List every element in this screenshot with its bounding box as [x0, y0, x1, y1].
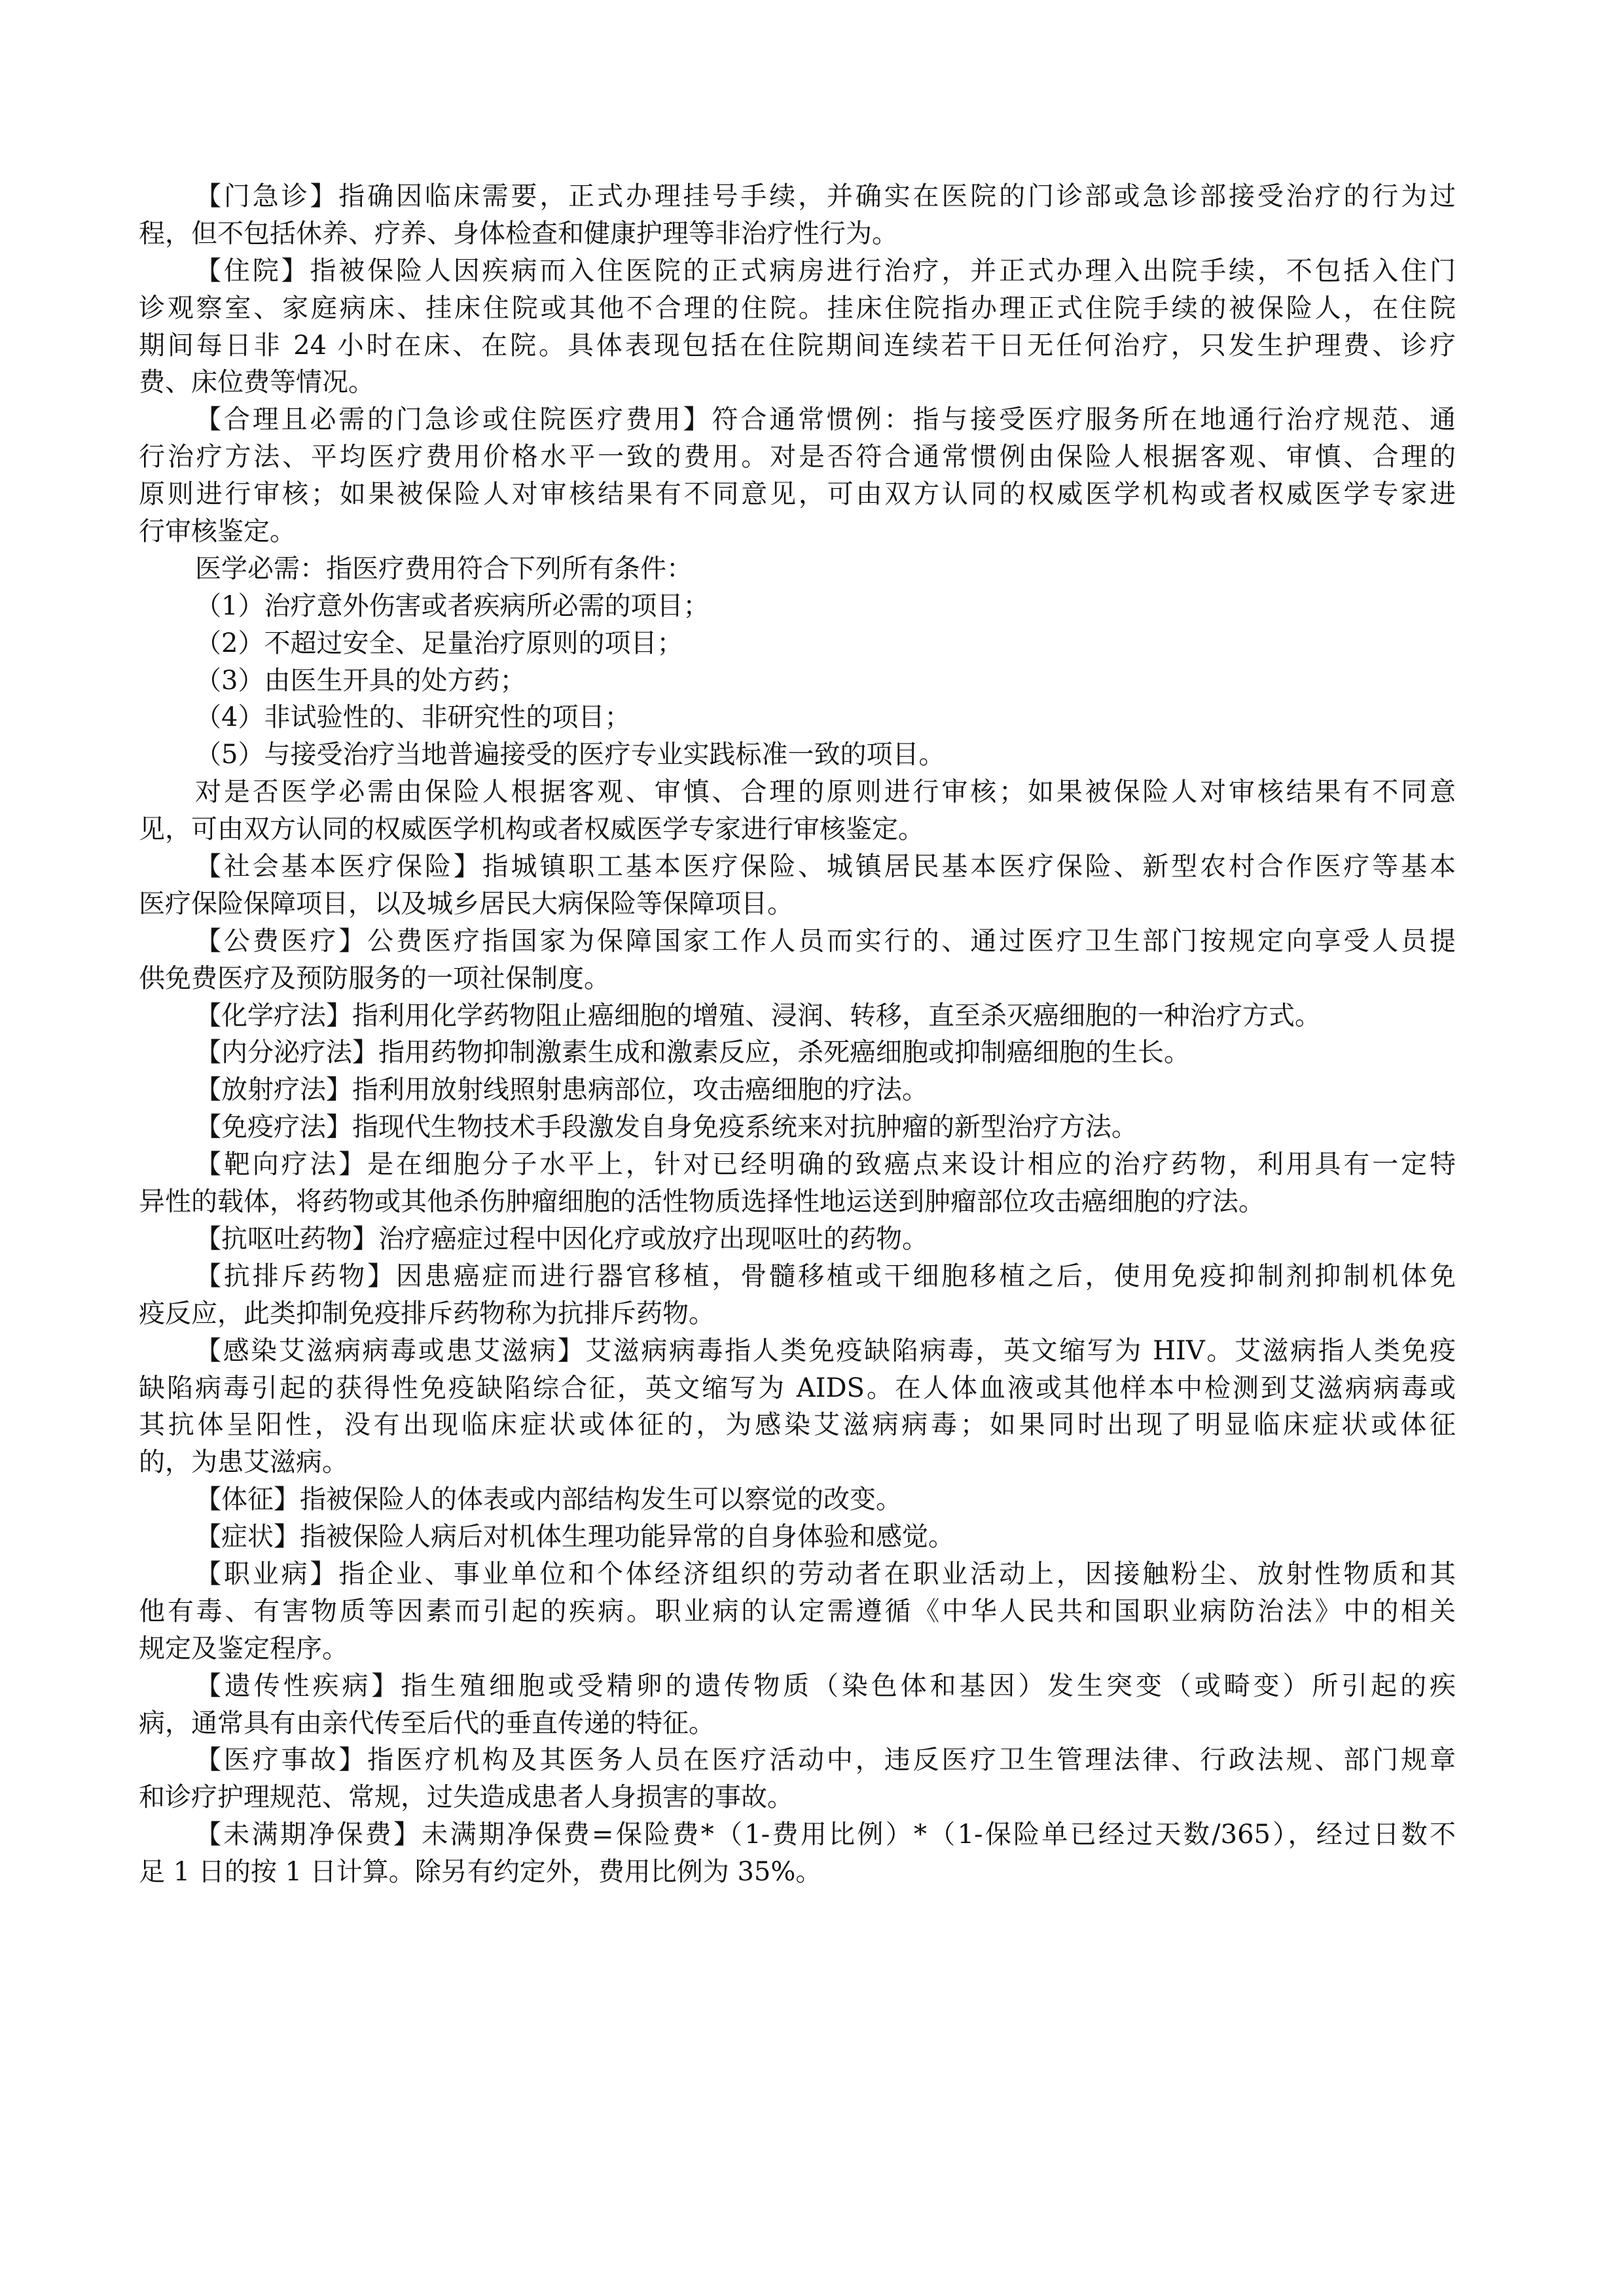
paragraph-line: 异性的载体，将药物或其他杀伤肿瘤细胞的活性物质选择性地运送到肿瘤部位攻击癌细胞的… — [139, 1183, 1456, 1221]
definition-paragraph: （5）与接受治疗当地普遍接受的医疗专业实践标准一致的项目。 — [139, 736, 1456, 774]
definition-paragraph: 【住院】指被保险人因疾病而入住医院的正式病房进行治疗，并正式办理入出院手续，不包… — [139, 253, 1456, 402]
paragraph-line: 病，通常具有由亲代传至后代的垂直传递的特征。 — [139, 1705, 1456, 1742]
definition-paragraph: （2）不超过安全、足量治疗原则的项目； — [139, 625, 1456, 662]
paragraph-line: 规定及鉴定程序。 — [139, 1630, 1456, 1668]
definition-paragraph: 医学必需：指医疗费用符合下列所有条件： — [139, 550, 1456, 588]
paragraph-first-line: 【抗呕吐药物】治疗癌症过程中因化疗或放疗出现呕吐的药物。 — [139, 1221, 1456, 1258]
paragraph-first-line: （3）由医生开具的处方药； — [139, 662, 1456, 700]
paragraph-line: 期间每日非 24 小时在床、在院。具体表现包括在住院期间连续若干日无任何治疗，只… — [139, 327, 1456, 365]
paragraph-first-line: 【症状】指被保险人病后对机体生理功能异常的自身体验和感觉。 — [139, 1518, 1456, 1556]
paragraph-first-line: 【靶向疗法】是在细胞分子水平上，针对已经明确的致癌点来设计相应的治疗药物，利用具… — [139, 1146, 1456, 1183]
paragraph-line: 缺陷病毒引起的获得性免疫缺陷综合征，英文缩写为 AIDS。在人体血液或其他样本中… — [139, 1370, 1456, 1407]
paragraph-line: 他有毒、有害物质等因素而引起的疾病。职业病的认定需遵循《中华人民共和国职业病防治… — [139, 1593, 1456, 1630]
definition-paragraph: 【门急诊】指确因临床需要，正式办理挂号手续，并确实在医院的门诊部或急诊部接受治疗… — [139, 178, 1456, 253]
definition-paragraph: （4）非试验性的、非研究性的项目； — [139, 699, 1456, 736]
paragraph-first-line: 【公费医疗】公费医疗指国家为保障国家工作人员而实行的、通过医疗卫生部门按规定向享… — [139, 923, 1456, 960]
definition-paragraph: 【抗排斥药物】因患癌症而进行器官移植，骨髓移植或干细胞移植之后，使用免疫抑制剂抑… — [139, 1258, 1456, 1333]
definition-paragraph: 【抗呕吐药物】治疗癌症过程中因化疗或放疗出现呕吐的药物。 — [139, 1221, 1456, 1258]
paragraph-line: 其抗体呈阳性，没有出现临床症状或体征的，为感染艾滋病病毒；如果同时出现了明显临床… — [139, 1407, 1456, 1444]
definition-paragraph: 【社会基本医疗保险】指城镇职工基本医疗保险、城镇居民基本医疗保险、新型农村合作医… — [139, 848, 1456, 923]
definition-paragraph: 【未满期净保费】未满期净保费=保险费*（1-费用比例）*（1-保险单已经过天数/… — [139, 1816, 1456, 1891]
definition-paragraph: 【医疗事故】指医疗机构及其医务人员在医疗活动中，违反医疗卫生管理法律、行政法规、… — [139, 1742, 1456, 1816]
paragraph-first-line: 【抗排斥药物】因患癌症而进行器官移植，骨髓移植或干细胞移植之后，使用免疫抑制剂抑… — [139, 1258, 1456, 1295]
paragraph-first-line: 【医疗事故】指医疗机构及其医务人员在医疗活动中，违反医疗卫生管理法律、行政法规、… — [139, 1742, 1456, 1779]
definition-paragraph: （3）由医生开具的处方药； — [139, 662, 1456, 700]
paragraph-line: 诊观察室、家庭病床、挂床住院或其他不合理的住院。挂床住院指办理正式住院手续的被保… — [139, 290, 1456, 327]
definition-paragraph: 【内分泌疗法】指用药物抑制激素生成和激素反应，杀死癌细胞或抑制癌细胞的生长。 — [139, 1034, 1456, 1071]
definition-paragraph: 【靶向疗法】是在细胞分子水平上，针对已经明确的致癌点来设计相应的治疗药物，利用具… — [139, 1146, 1456, 1221]
paragraph-first-line: （5）与接受治疗当地普遍接受的医疗专业实践标准一致的项目。 — [139, 736, 1456, 774]
definition-paragraph: 【公费医疗】公费医疗指国家为保障国家工作人员而实行的、通过医疗卫生部门按规定向享… — [139, 923, 1456, 997]
paragraph-first-line: 【合理且必需的门急诊或住院医疗费用】符合通常惯例：指与接受医疗服务所在地通行治疗… — [139, 401, 1456, 439]
paragraph-line: 见，可由双方认同的权威医学机构或者权威医学专家进行审核鉴定。 — [139, 811, 1456, 848]
definition-paragraph: 【职业病】指企业、事业单位和个体经济组织的劳动者在职业活动上，因接触粉尘、放射性… — [139, 1556, 1456, 1668]
paragraph-line: 医疗保险保障项目，以及城乡居民大病保险等保障项目。 — [139, 886, 1456, 923]
paragraph-line: 和诊疗护理规范、常规，过失造成患者人身损害的事故。 — [139, 1779, 1456, 1816]
paragraph-first-line: 【感染艾滋病病毒或患艾滋病】艾滋病病毒指人类免疫缺陷病毒，英文缩写为 HIV。艾… — [139, 1333, 1456, 1370]
paragraph-first-line: 【体征】指被保险人的体表或内部结构发生可以察觉的改变。 — [139, 1481, 1456, 1518]
definition-paragraph: 【合理且必需的门急诊或住院医疗费用】符合通常惯例：指与接受医疗服务所在地通行治疗… — [139, 401, 1456, 550]
paragraph-first-line: 【门急诊】指确因临床需要，正式办理挂号手续，并确实在医院的门诊部或急诊部接受治疗… — [139, 178, 1456, 215]
paragraph-first-line: 【化学疗法】指利用化学药物阻止癌细胞的增殖、浸润、转移，直至杀灭癌细胞的一种治疗… — [139, 997, 1456, 1035]
paragraph-first-line: 医学必需：指医疗费用符合下列所有条件： — [139, 550, 1456, 588]
paragraph-first-line: 【遗传性疾病】指生殖细胞或受精卵的遗传物质（染色体和基因）发生突变（或畸变）所引… — [139, 1668, 1456, 1705]
paragraph-line: 供免费医疗及预防服务的一项社保制度。 — [139, 960, 1456, 997]
definition-paragraph: 【化学疗法】指利用化学药物阻止癌细胞的增殖、浸润、转移，直至杀灭癌细胞的一种治疗… — [139, 997, 1456, 1035]
paragraph-first-line: 【放射疗法】指利用放射线照射患病部位，攻击癌细胞的疗法。 — [139, 1071, 1456, 1109]
paragraph-first-line: （1）治疗意外伤害或者疾病所必需的项目； — [139, 588, 1456, 625]
paragraph-first-line: 【免疫疗法】指现代生物技术手段激发自身免疫系统来对抗肿瘤的新型治疗方法。 — [139, 1109, 1456, 1146]
definition-paragraph: 【放射疗法】指利用放射线照射患病部位，攻击癌细胞的疗法。 — [139, 1071, 1456, 1109]
definition-paragraph: 【免疫疗法】指现代生物技术手段激发自身免疫系统来对抗肿瘤的新型治疗方法。 — [139, 1109, 1456, 1146]
paragraph-first-line: 【未满期净保费】未满期净保费=保险费*（1-费用比例）*（1-保险单已经过天数/… — [139, 1816, 1456, 1854]
definition-paragraph: 【遗传性疾病】指生殖细胞或受精卵的遗传物质（染色体和基因）发生突变（或畸变）所引… — [139, 1668, 1456, 1742]
document-page: 【门急诊】指确因临床需要，正式办理挂号手续，并确实在医院的门诊部或急诊部接受治疗… — [139, 178, 1456, 1891]
definition-paragraph: （1）治疗意外伤害或者疾病所必需的项目； — [139, 588, 1456, 625]
paragraph-line: 费、床位费等情况。 — [139, 364, 1456, 401]
paragraph-first-line: （4）非试验性的、非研究性的项目； — [139, 699, 1456, 736]
paragraph-line: 行治疗方法、平均医疗费用价格水平一致的费用。对是否符合通常惯例由保险人根据客观、… — [139, 439, 1456, 476]
paragraph-first-line: （2）不超过安全、足量治疗原则的项目； — [139, 625, 1456, 662]
paragraph-line: 的，为患艾滋病。 — [139, 1444, 1456, 1481]
definition-paragraph: 【感染艾滋病病毒或患艾滋病】艾滋病病毒指人类免疫缺陷病毒，英文缩写为 HIV。艾… — [139, 1333, 1456, 1482]
paragraph-first-line: 【住院】指被保险人因疾病而入住医院的正式病房进行治疗，并正式办理入出院手续，不包… — [139, 253, 1456, 290]
paragraph-first-line: 【职业病】指企业、事业单位和个体经济组织的劳动者在职业活动上，因接触粉尘、放射性… — [139, 1556, 1456, 1593]
paragraph-line: 程，但不包括休养、疗养、身体检查和健康护理等非治疗性行为。 — [139, 215, 1456, 253]
definition-paragraph: 【症状】指被保险人病后对机体生理功能异常的自身体验和感觉。 — [139, 1518, 1456, 1556]
paragraph-line: 足 1 日的按 1 日计算。除另有约定外，费用比例为 35%。 — [139, 1854, 1456, 1891]
paragraph-first-line: 【社会基本医疗保险】指城镇职工基本医疗保险、城镇居民基本医疗保险、新型农村合作医… — [139, 848, 1456, 886]
definition-paragraph: 【体征】指被保险人的体表或内部结构发生可以察觉的改变。 — [139, 1481, 1456, 1518]
paragraph-first-line: 对是否医学必需由保险人根据客观、审慎、合理的原则进行审核；如果被保险人对审核结果… — [139, 774, 1456, 811]
paragraph-first-line: 【内分泌疗法】指用药物抑制激素生成和激素反应，杀死癌细胞或抑制癌细胞的生长。 — [139, 1034, 1456, 1071]
definition-paragraph: 对是否医学必需由保险人根据客观、审慎、合理的原则进行审核；如果被保险人对审核结果… — [139, 774, 1456, 848]
paragraph-line: 原则进行审核；如果被保险人对审核结果有不同意见，可由双方认同的权威医学机构或者权… — [139, 476, 1456, 513]
paragraph-line: 疫反应，此类抑制免疫排斥药物称为抗排斥药物。 — [139, 1295, 1456, 1333]
paragraph-line: 行审核鉴定。 — [139, 513, 1456, 550]
